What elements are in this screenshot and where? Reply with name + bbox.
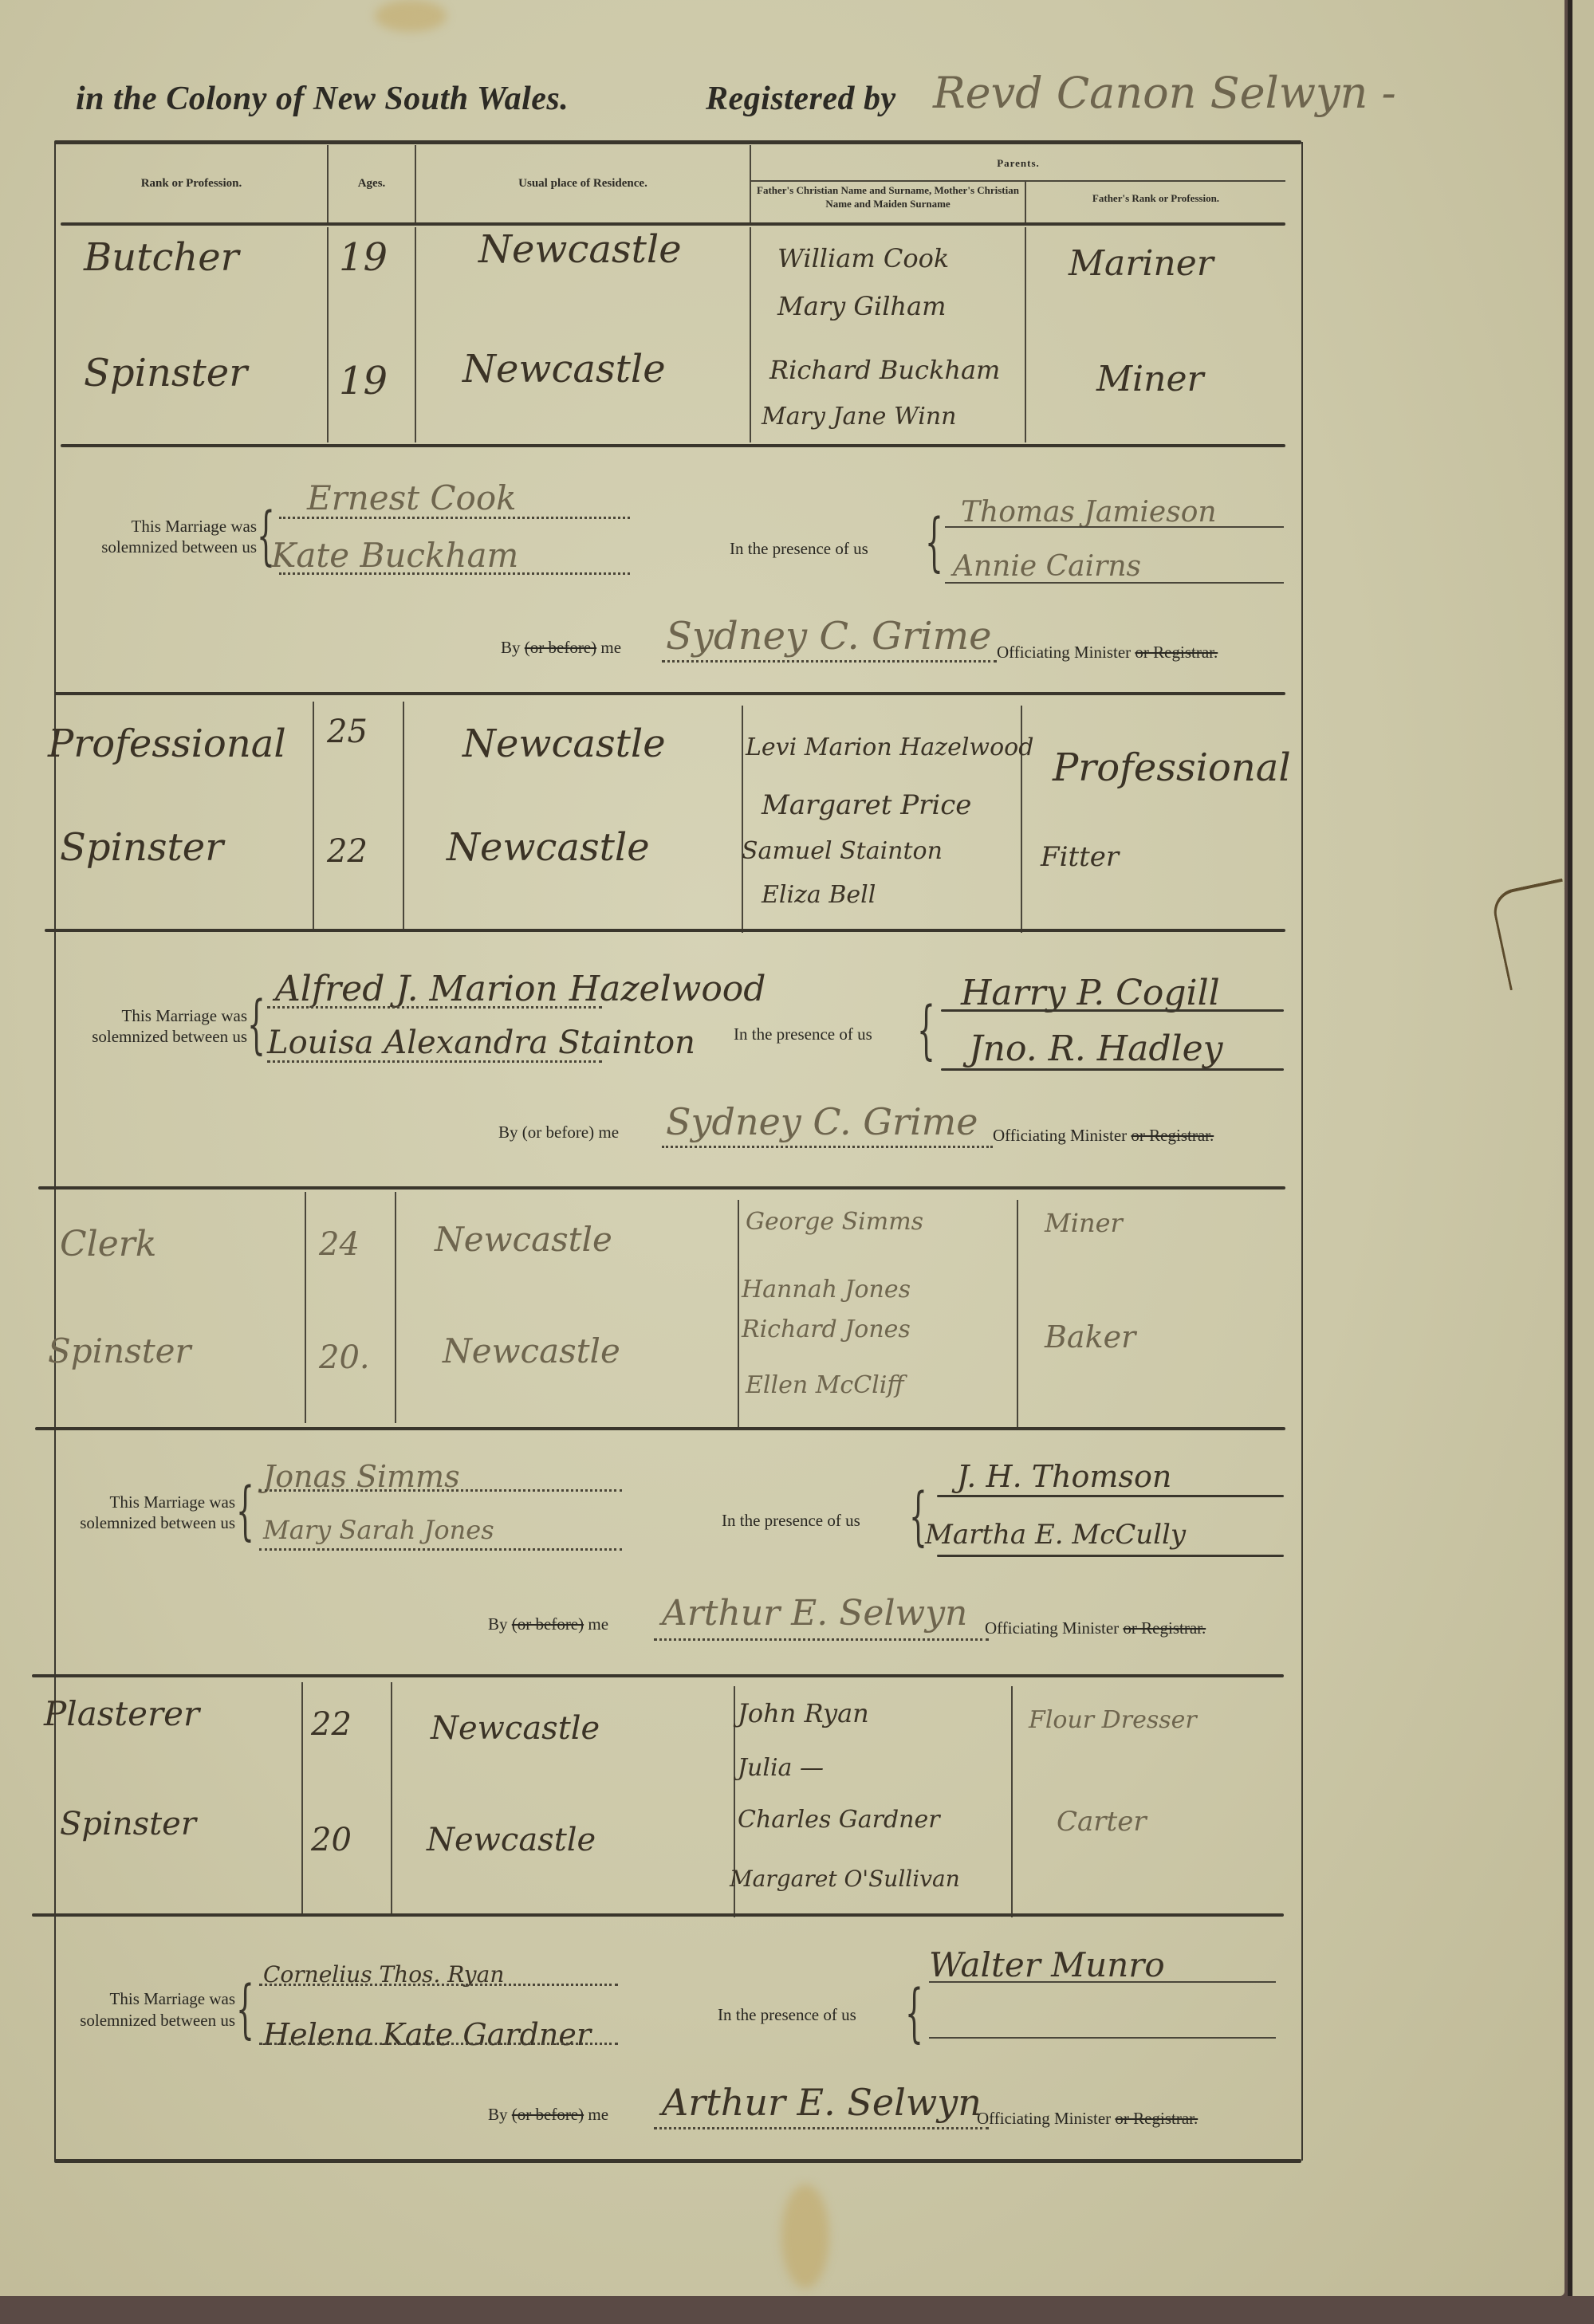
bride-father-rank: Baker (1045, 1319, 1135, 1355)
solemnized-label-2: solemnized between us (16, 1027, 247, 1047)
groom-mother-name: Hannah Jones (742, 1276, 911, 1304)
by-label: By (or before) me (488, 2105, 608, 2125)
bride-mother-name: Margaret O'Sullivan (730, 1866, 960, 1892)
witness-1: J. H. Thomson (957, 1459, 1171, 1494)
bride-age: 20. (319, 1339, 370, 1376)
solemnized-label-1: This Marriage was (48, 517, 257, 537)
witness-2: Martha E. McCully (925, 1519, 1186, 1551)
witness-1: Thomas Jamieson (961, 496, 1217, 529)
or-before: (or before) (522, 1123, 594, 1142)
presence-label: In the presence of us (730, 539, 868, 559)
bride-father-name: Samuel Stainton (742, 837, 943, 865)
groom-father-rank: Professional (1053, 745, 1291, 790)
register-page: in the Colony of New South Wales. Regist… (0, 0, 1564, 2296)
solemnized-label-2: solemnized between us (16, 1513, 235, 1533)
witness-1: Harry P. Cogill (961, 973, 1220, 1013)
bride-mother-name: Mary Jane Winn (762, 403, 957, 431)
bride-residence: Newcastle (427, 1822, 596, 1858)
bride-mother-name: Eliza Bell (762, 881, 876, 909)
stain-top (375, 0, 447, 32)
groom-father-name: John Ryan (738, 1698, 869, 1728)
groom-rank: Plasterer (44, 1694, 199, 1733)
groom-father-name: William Cook (777, 243, 949, 273)
column-header-parent-names: Father's Christian Name and Surname, Mot… (751, 183, 1025, 210)
officiating-label: Officiating Minister or Registrar. (985, 1618, 1206, 1638)
or-before-struck: (or before) (525, 638, 596, 657)
groom-age: 19 (339, 235, 388, 280)
groom-age: 25 (327, 714, 368, 750)
column-header-parents: Parents. (751, 156, 1285, 170)
bride-mother-name: Ellen McCliff (746, 1371, 904, 1399)
groom-residence: Newcastle (435, 1220, 612, 1259)
groom-age: 22 (311, 1706, 352, 1743)
solemnized-label-1: This Marriage was (32, 1989, 235, 2009)
bride-father-name: Richard Buckham (769, 355, 1000, 385)
groom-rank: Clerk (60, 1224, 156, 1264)
groom-father-rank: Mariner (1069, 243, 1214, 284)
bride-rank: Spinster (60, 825, 223, 870)
column-header-father-rank: Father's Rank or Profession. (1026, 191, 1285, 205)
or-before-struck: (or before) (512, 2105, 584, 2124)
presence-label: In the presence of us (718, 2005, 856, 2025)
bride-rank: Spinster (84, 351, 247, 395)
registrar-signature: Revd Canon Selwyn - (933, 68, 1396, 118)
bride-age: 20 (311, 1822, 352, 1858)
party-bride: Louisa Alexandra Stainton (267, 1024, 695, 1061)
minister-signature: Arthur E. Selwyn (662, 1593, 967, 1634)
stain-bottom (781, 2184, 829, 2288)
column-header-ages: Ages. (329, 177, 415, 191)
minister-signature: Arthur E. Selwyn (662, 2081, 982, 2124)
officiating-label: Officiating Minister or Registrar. (993, 1126, 1214, 1146)
brace-witnesses: { (905, 1981, 923, 2045)
groom-father-name: George Simms (746, 1208, 923, 1236)
groom-mother-name: Mary Gilham (777, 291, 946, 321)
column-header-residence: Usual place of Residence. (416, 177, 750, 191)
brace-witnesses: { (917, 998, 935, 1062)
bride-father-rank: Fitter (1041, 841, 1119, 873)
by-label: By (or before) me (498, 1123, 619, 1142)
bride-age: 19 (339, 359, 388, 403)
party-bride: Mary Sarah Jones (263, 1515, 494, 1545)
bride-age: 22 (327, 833, 368, 870)
bride-residence: Newcastle (443, 1331, 620, 1370)
groom-father-rank: Miner (1045, 1208, 1123, 1238)
solemnized-label-2: solemnized between us (16, 2011, 235, 2031)
by-label: By (or before) me (501, 638, 621, 658)
groom-residence: Newcastle (478, 227, 682, 272)
witness-2: Annie Cairns (953, 550, 1141, 583)
bride-rank: Spinster (48, 1331, 191, 1370)
groom-age: 24 (319, 1226, 360, 1263)
presence-label: In the presence of us (734, 1024, 872, 1044)
bride-father-name: Richard Jones (742, 1315, 911, 1343)
party-bride: Kate Buckham (271, 536, 518, 575)
party-bride: Helena Kate Gardner (263, 2017, 591, 2052)
table-bottom-rule (54, 2159, 1301, 2163)
groom-residence: Newcastle (462, 722, 666, 766)
bride-father-name: Charles Gardner (738, 1806, 940, 1834)
solemnized-label-1: This Marriage was (32, 1492, 235, 1512)
colony-heading: in the Colony of New South Wales. (76, 80, 569, 118)
groom-father-rank: Flour Dresser (1029, 1706, 1197, 1734)
bride-rank: Spinster (60, 1806, 196, 1842)
solemnized-label-2: solemnized between us (32, 537, 257, 557)
groom-rank: Professional (48, 722, 286, 766)
or-before-struck: (or before) (512, 1614, 584, 1634)
table-top-rule (54, 140, 1301, 144)
party-groom: Alfred J. Marion Hazelwood (275, 969, 766, 1009)
adjacent-page-edge (1568, 0, 1594, 2296)
officiating-label: Officiating Minister or Registrar. (997, 643, 1218, 663)
party-groom: Ernest Cook (307, 478, 517, 517)
presence-label: In the presence of us (722, 1511, 860, 1531)
brace-witnesses: { (925, 510, 943, 574)
by-label: By (or before) me (488, 1614, 608, 1634)
witness-1: Walter Munro (929, 1945, 1165, 1984)
brace-parties: { (236, 1479, 254, 1543)
bride-father-rank: Carter (1057, 1806, 1147, 1838)
groom-father-name: Levi Marion Hazelwood (746, 733, 1033, 761)
bride-residence: Newcastle (462, 347, 666, 391)
registered-by-label: Registered by (706, 80, 896, 118)
column-header-rank: Rank or Profession. (56, 177, 327, 191)
solemnized-label-1: This Marriage was (32, 1006, 247, 1026)
groom-mother-name: Margaret Price (762, 789, 971, 821)
bride-father-rank: Miner (1096, 359, 1204, 399)
minister-signature: Sydney C. Grime (666, 1100, 978, 1143)
groom-mother-name: Julia — (738, 1754, 824, 1782)
groom-residence: Newcastle (431, 1710, 600, 1747)
minister-signature: Sydney C. Grime (666, 614, 992, 659)
brace-parties: { (247, 993, 266, 1056)
groom-rank: Butcher (84, 235, 239, 280)
bride-residence: Newcastle (447, 825, 650, 870)
witness-2: Jno. R. Hadley (969, 1028, 1223, 1069)
brace-parties: { (236, 1977, 254, 2041)
officiating-label: Officiating Minister or Registrar. (977, 2109, 1198, 2129)
